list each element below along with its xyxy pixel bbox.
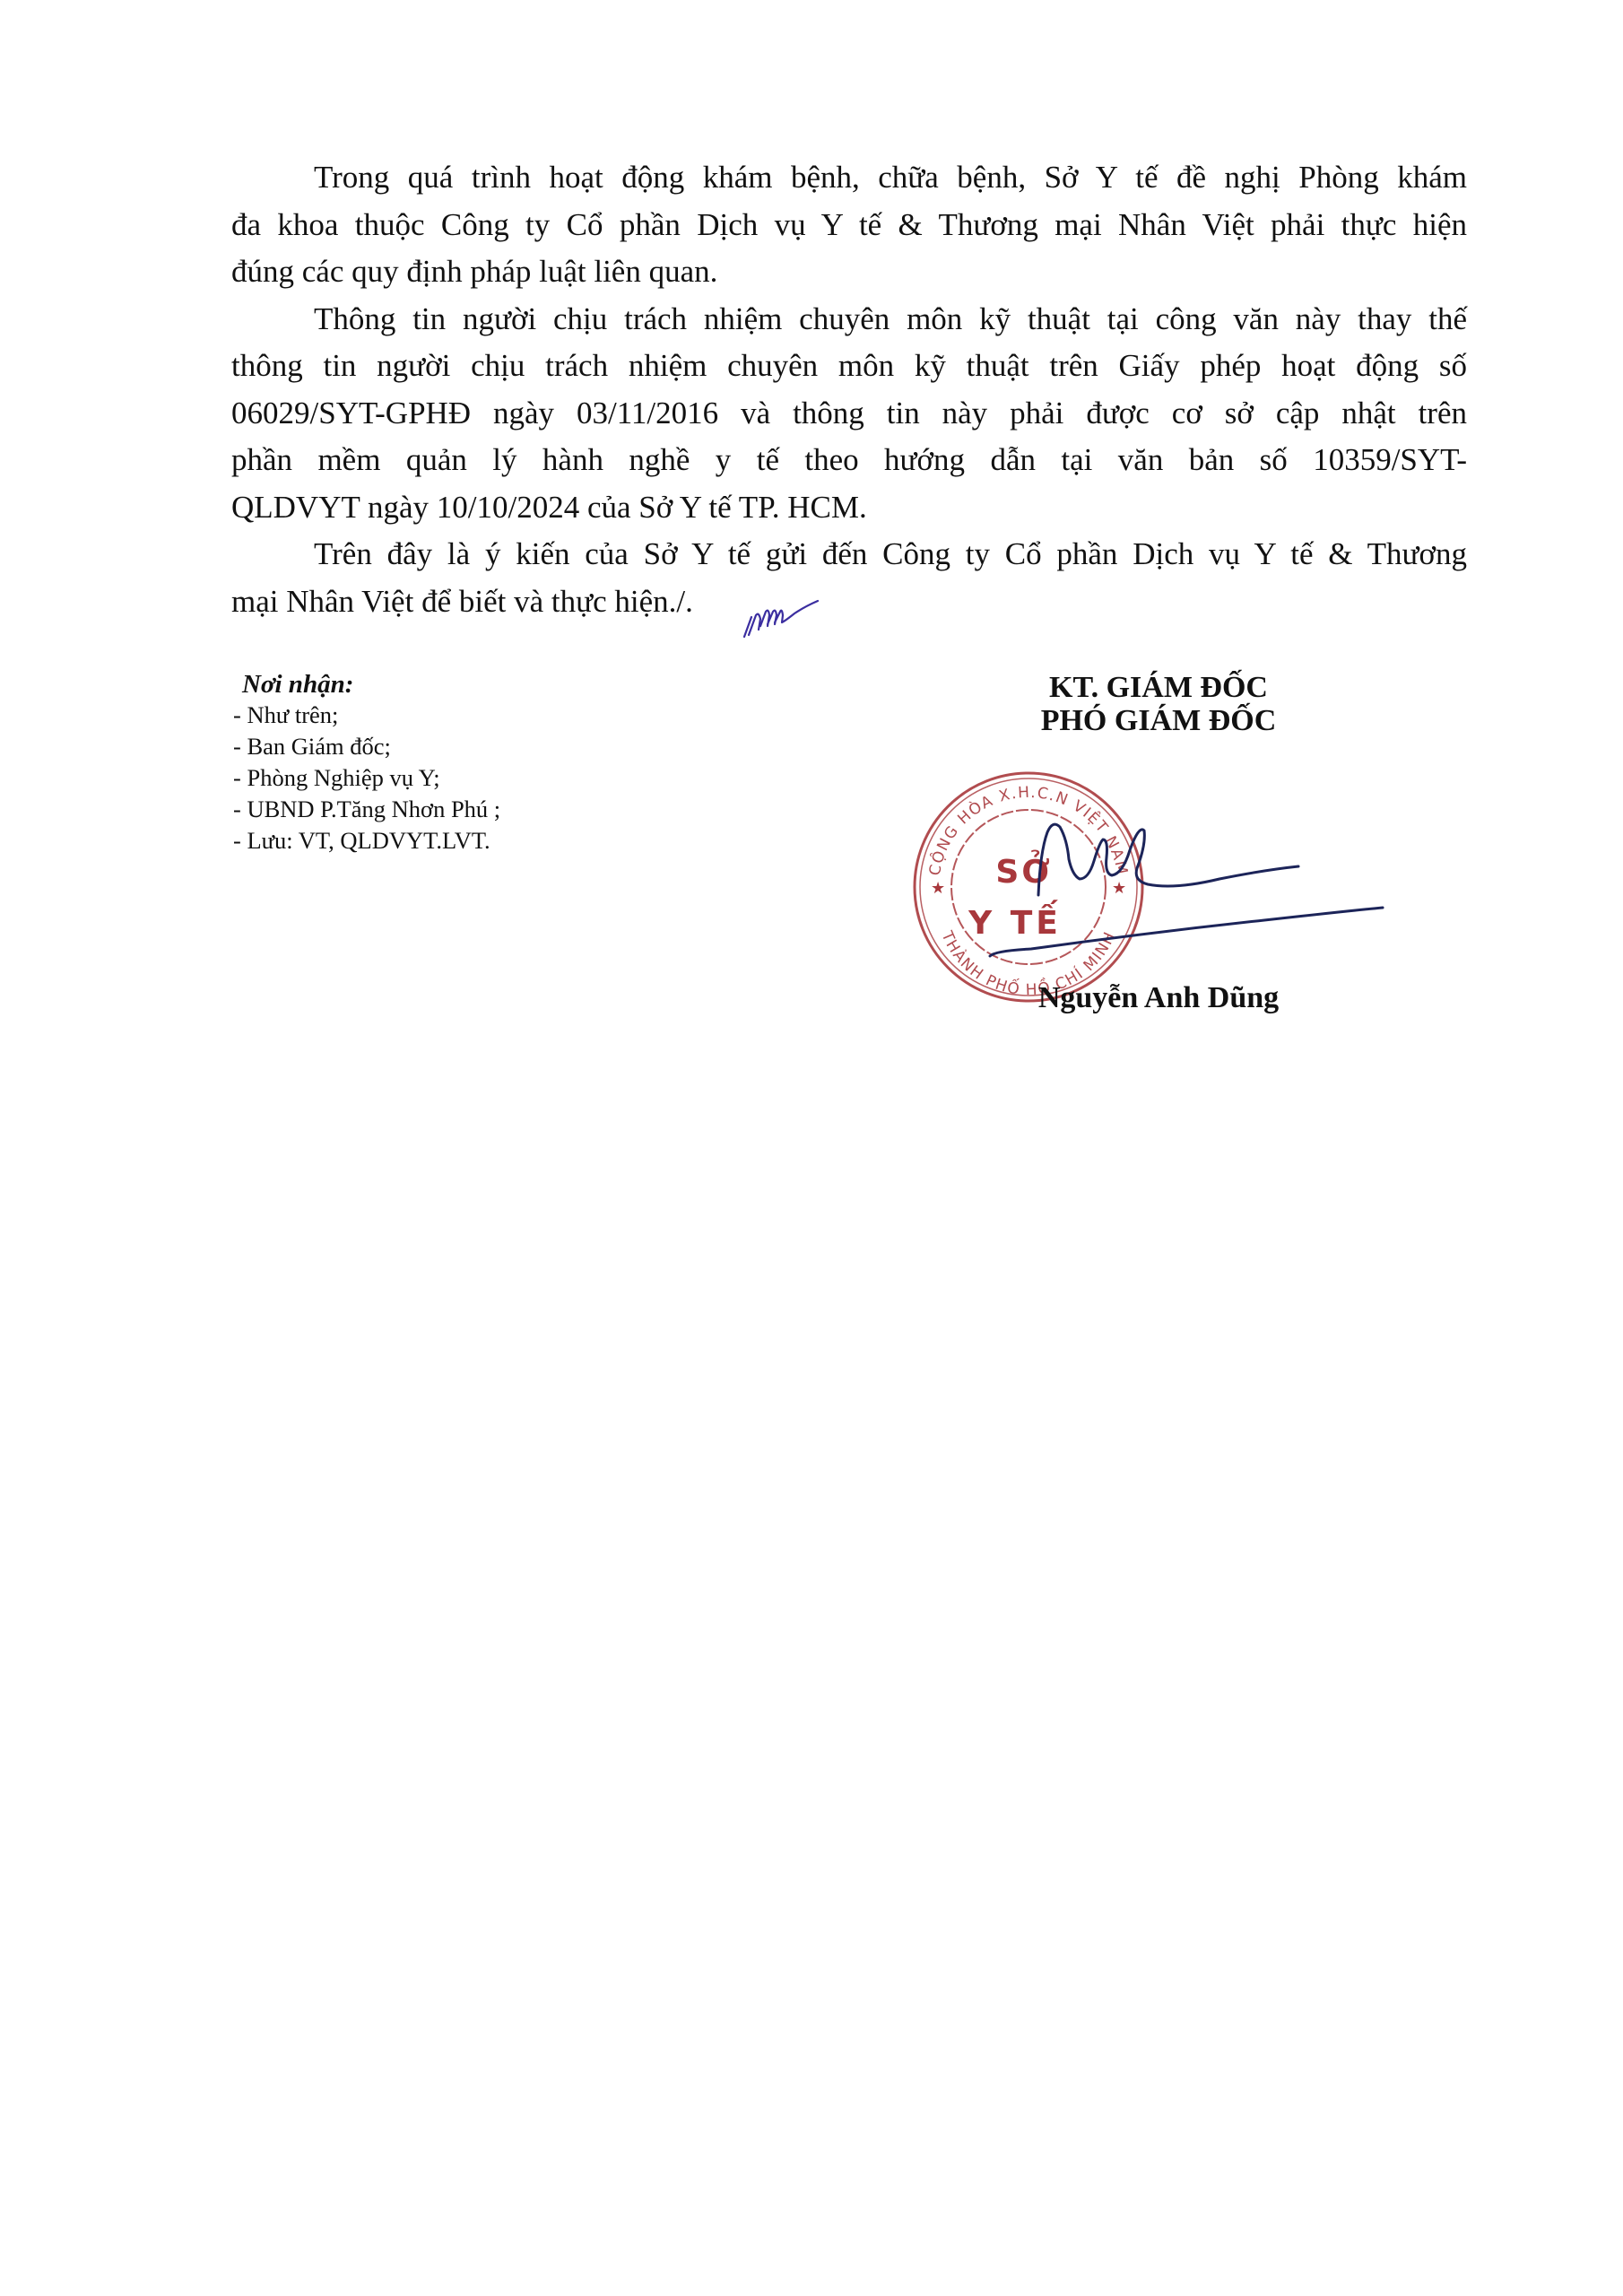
- paragraph-line: phần mềm quản lý hành nghề y tế theo hướ…: [231, 437, 1467, 484]
- signature-title-block: KT. GIÁM ĐỐC PHÓ GIÁM ĐỐC: [934, 671, 1383, 737]
- paragraph-line: Trên đây là ý kiến của Sở Y tế gửi đến C…: [231, 531, 1467, 578]
- document-page: Trong quá trình hoạt động khám bệnh, chữ…: [0, 0, 1623, 2296]
- paragraph-line: Trong quá trình hoạt động khám bệnh, chữ…: [231, 154, 1467, 202]
- paragraph-line: đa khoa thuộc Công ty Cổ phần Dịch vụ Y …: [231, 202, 1467, 249]
- signer-name: Nguyễn Anh Dũng: [934, 980, 1383, 1016]
- initials-mark-icon: [741, 599, 821, 640]
- paragraph-line: QLDVYT ngày 10/10/2024 của Sở Y tế TP. H…: [231, 484, 1467, 532]
- signature-title-line1: KT. GIÁM ĐỐC: [934, 671, 1383, 704]
- recipient-item: - Phòng Nghiệp vụ Y;: [233, 762, 789, 794]
- recipients-heading: Nơi nhận:: [233, 669, 789, 700]
- paragraph-1: Trong quá trình hoạt động khám bệnh, chữ…: [231, 154, 1467, 296]
- paragraph-line: Thông tin người chịu trách nhiệm chuyên …: [231, 296, 1467, 344]
- paragraph-3: Trên đây là ý kiến của Sở Y tế gửi đến C…: [231, 531, 1467, 625]
- recipients-section: Nơi nhận: - Như trên; - Ban Giám đốc; - …: [233, 669, 789, 857]
- document-body: Trong quá trình hoạt động khám bệnh, chữ…: [231, 154, 1467, 625]
- signature-title-line2: PHÓ GIÁM ĐỐC: [934, 704, 1383, 737]
- recipient-item: - Ban Giám đốc;: [233, 731, 789, 762]
- handwritten-signature-icon: [968, 789, 1399, 969]
- recipient-item: - Lưu: VT, QLDVYT.LVT.: [233, 825, 789, 857]
- paragraph-line: thông tin người chịu trách nhiệm chuyên …: [231, 343, 1467, 390]
- svg-text:★: ★: [931, 879, 945, 898]
- paragraph-2: Thông tin người chịu trách nhiệm chuyên …: [231, 296, 1467, 532]
- paragraph-line: đúng các quy định pháp luật liên quan.: [231, 248, 1467, 296]
- recipients-list: - Như trên; - Ban Giám đốc; - Phòng Nghi…: [233, 700, 789, 857]
- paragraph-line: 06029/SYT-GPHĐ ngày 03/11/2016 và thông …: [231, 390, 1467, 438]
- paragraph-line: mại Nhân Việt để biết và thực hiện./.: [231, 578, 1467, 626]
- recipient-item: - Như trên;: [233, 700, 789, 731]
- recipient-item: - UBND P.Tăng Nhơn Phú ;: [233, 794, 789, 825]
